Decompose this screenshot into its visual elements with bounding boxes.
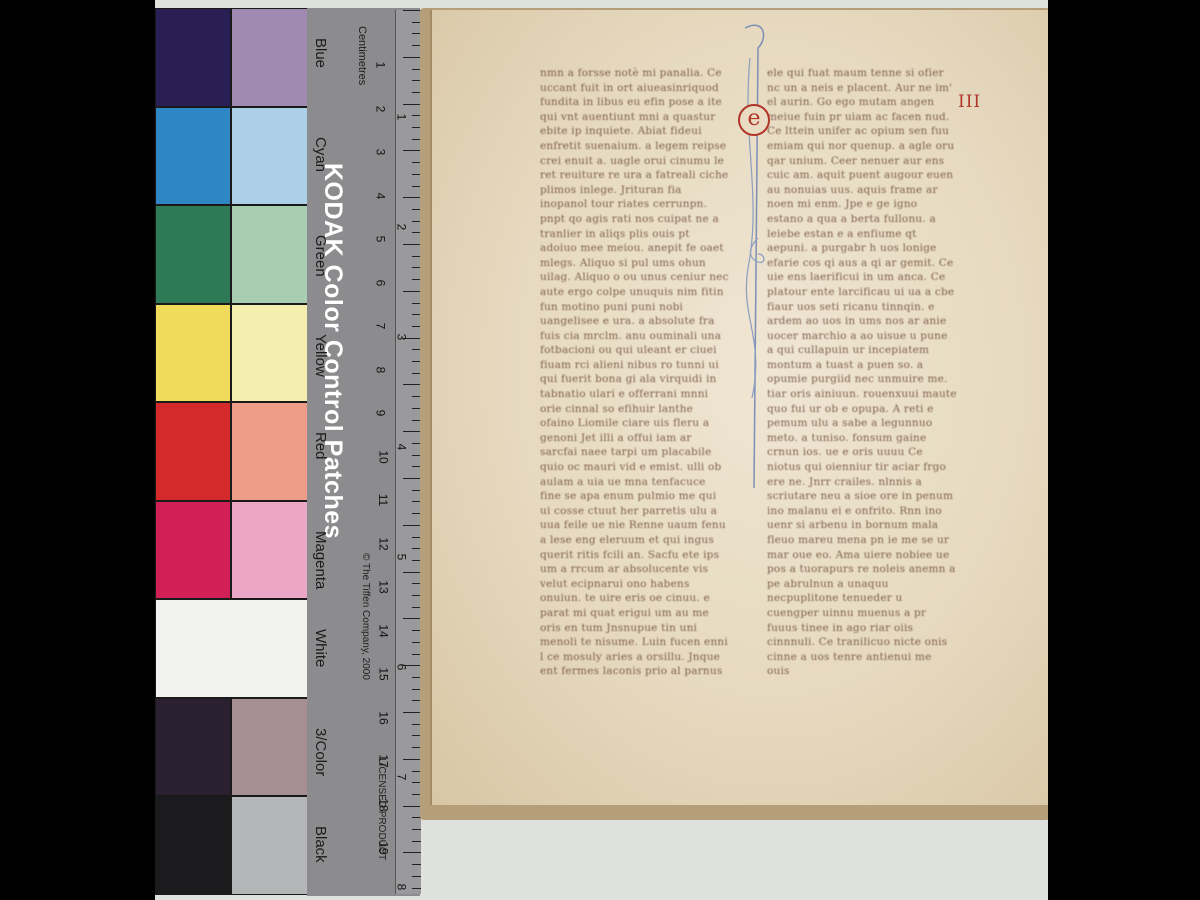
ruler-tick xyxy=(412,829,421,830)
cm-tick-label: 18 xyxy=(377,798,391,811)
cm-tick-label: 3 xyxy=(373,149,387,156)
patch-label: White xyxy=(312,629,329,667)
ruler-tick xyxy=(412,864,421,865)
cm-tick-label: 5 xyxy=(373,236,387,243)
patch-red-dark xyxy=(155,402,231,501)
cm-tick-label: 2 xyxy=(373,105,387,112)
cm-tick-label: 9 xyxy=(373,410,387,417)
cm-tick-label: 8 xyxy=(373,366,387,373)
patch-yellow-light xyxy=(231,304,308,403)
centimetres-label: Centimetres xyxy=(356,26,368,85)
ruler-tick xyxy=(403,244,421,245)
patch-label: Green xyxy=(312,235,329,277)
patch-label: Yellow xyxy=(312,334,329,377)
color-patch-grid xyxy=(155,8,308,896)
patch-cyan-dark xyxy=(155,107,231,206)
patch-green-light xyxy=(231,205,308,304)
cm-tick-label: 10 xyxy=(377,450,391,463)
patch-label: Red xyxy=(312,432,329,460)
inch-tick-label: 2 xyxy=(394,224,408,231)
patch-3color-light xyxy=(231,698,308,797)
patch-label: Cyan xyxy=(312,137,329,172)
patch-blue-light xyxy=(231,8,308,107)
patch-red-light xyxy=(231,402,308,501)
illuminated-initial: e xyxy=(738,104,770,136)
cm-tick-label: 14 xyxy=(377,624,391,637)
inch-tick-label: 6 xyxy=(394,664,408,671)
ruler: 12345678 xyxy=(395,10,421,894)
ruler-tick xyxy=(403,104,421,105)
cm-tick-label: 16 xyxy=(377,711,391,724)
patch-blue-dark xyxy=(155,8,231,107)
cm-tick-label: 4 xyxy=(373,192,387,199)
patch-black-dark xyxy=(155,796,231,895)
ruler-tick xyxy=(403,806,421,807)
cm-tick-label: 12 xyxy=(377,537,391,550)
inch-tick-label: 7 xyxy=(394,774,408,781)
ruler-tick xyxy=(403,852,421,853)
patch-label: 3/Color xyxy=(312,728,329,776)
folio-number: III xyxy=(958,92,981,112)
patch-yellow-dark xyxy=(155,304,231,403)
cm-tick-label: 19 xyxy=(377,841,391,854)
ruler-tick xyxy=(403,57,421,58)
patch-3color-dark xyxy=(155,698,231,797)
ruler-tick xyxy=(403,150,421,151)
ruler-tick xyxy=(403,525,421,526)
ruler-tick xyxy=(412,876,421,877)
cm-tick-label: 13 xyxy=(377,580,391,593)
ruler-tick xyxy=(403,478,421,479)
cm-tick-label: 15 xyxy=(377,667,391,680)
penwork-flourish-icon xyxy=(740,18,770,488)
patch-magenta-dark xyxy=(155,501,231,600)
ruler-tick xyxy=(403,618,421,619)
ruler-tick xyxy=(403,10,421,11)
inch-tick-label: 1 xyxy=(394,114,408,121)
cm-tick-label: 11 xyxy=(376,494,390,506)
patch-cyan-light xyxy=(231,107,308,206)
patch-white xyxy=(155,599,308,698)
patch-green-dark xyxy=(155,205,231,304)
ruler-tick xyxy=(403,431,421,432)
ruler-tick xyxy=(403,572,421,573)
ruler-tick xyxy=(412,841,421,842)
patch-label: Black xyxy=(312,826,329,863)
ruler-tick xyxy=(412,888,421,889)
inch-tick-label: 5 xyxy=(394,554,408,561)
text-column-right: ele qui fuat maum tenne si ofier nc un a… xyxy=(767,66,957,691)
patch-magenta-light xyxy=(231,501,308,600)
ruler-tick xyxy=(403,759,421,760)
cm-tick-label: 6 xyxy=(373,279,387,286)
cm-tick-label: 17 xyxy=(377,754,391,767)
inch-tick-label: 4 xyxy=(394,444,408,451)
copyright-text: © The Tiffen Company, 2000 xyxy=(360,553,371,680)
inch-tick-label: 8 xyxy=(394,884,408,891)
ruler-tick xyxy=(403,291,421,292)
photograph-scene: KODAK Color Control Patches © The Tiffen… xyxy=(155,0,1048,900)
text-column-left: nmn a forsse notè mi panalia. Ce uccant … xyxy=(540,66,730,691)
patch-black-light xyxy=(231,796,308,895)
cm-tick-label: 1 xyxy=(373,62,387,69)
ruler-tick xyxy=(403,712,421,713)
patch-label: Blue xyxy=(312,38,329,68)
patch-label: Magenta xyxy=(312,531,329,589)
cm-tick-label: 7 xyxy=(373,323,387,330)
inch-tick-label: 3 xyxy=(394,334,408,341)
ruler-tick xyxy=(403,384,421,385)
ruler-tick xyxy=(403,197,421,198)
